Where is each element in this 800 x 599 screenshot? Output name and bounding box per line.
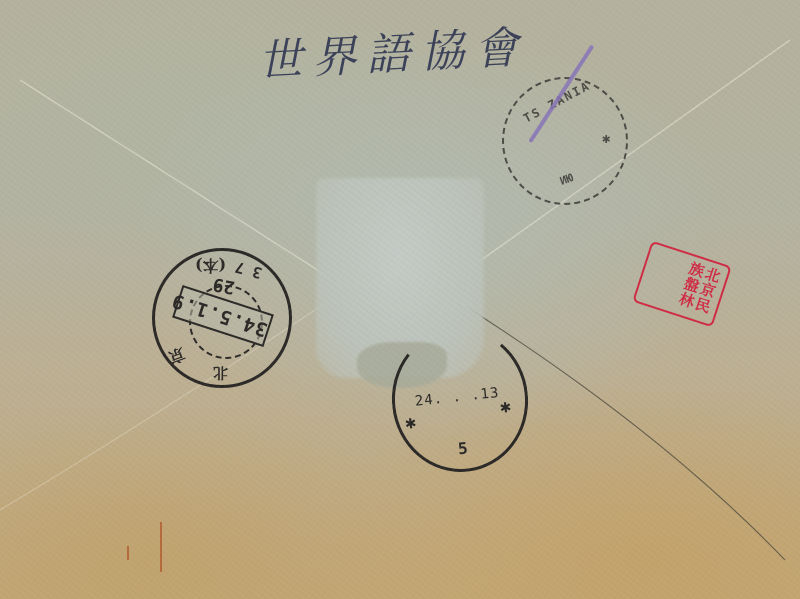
- postmark-star-icon: ✱: [602, 131, 610, 147]
- envelope-back: 世界語協會 TS ZANIA ✱ ИЮ (本) 3 7 29 34.5.1.9 …: [0, 0, 800, 599]
- postmark-line-mid: 29: [211, 273, 236, 297]
- postmark-star-icon: ✱: [499, 396, 512, 418]
- postmark-date-line: 24. . .13: [414, 385, 500, 410]
- rust-spot-mark: [127, 546, 129, 560]
- postmark-line-top: 3 7: [233, 258, 264, 282]
- postmark-top-right: TS ZANIA ✱ ИЮ: [502, 77, 628, 205]
- postmark-bottom-text: ИЮ: [558, 171, 575, 188]
- postmark-city-char: 北: [213, 363, 228, 384]
- rust-spot-mark: [160, 522, 162, 572]
- postmark-left: (本) 3 7 29 34.5.1.9 京 北: [152, 248, 292, 388]
- postmark-star-icon: ✱: [404, 412, 417, 434]
- postmark-number: 5: [457, 439, 469, 459]
